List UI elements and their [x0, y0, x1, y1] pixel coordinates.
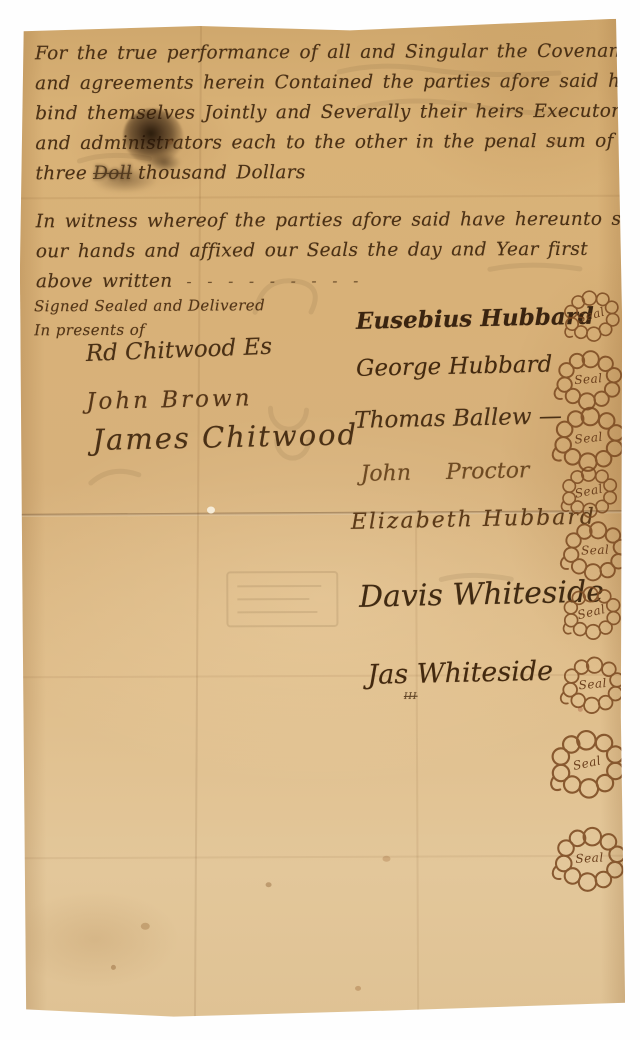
witness-paragraph: In witness whereof the parties afore sai…: [36, 205, 614, 298]
penal-sum-prefix: three: [35, 163, 87, 184]
ink-blot: [147, 153, 181, 173]
body-line-last: above written- - - - - - - - -: [36, 265, 614, 298]
seal-word: Seal: [575, 850, 604, 866]
stain-spot: [382, 856, 390, 862]
seal-word: Seal: [581, 543, 610, 558]
attestation-heading-line1: Signed Sealed and Delivered: [34, 296, 265, 315]
jas-abbreviation-mark: III: [404, 692, 418, 702]
above-written-text: above written: [36, 271, 173, 293]
signatory-signature: Jas Whiteside III: [367, 656, 553, 691]
paper-nick: [207, 506, 215, 513]
signatory-name: Jas Whiteside: [367, 656, 553, 691]
body-line: and agreements herein Contained the part…: [35, 67, 613, 100]
stain-spot: [167, 139, 173, 145]
witness-signature: James Chitwood: [92, 417, 358, 457]
signatory-signature: John Proctor: [360, 458, 529, 487]
document-paper: For the true performance of all and Sing…: [19, 19, 625, 1020]
horizontal-crease: [20, 195, 622, 200]
seal-doodle: Seal: [557, 285, 626, 347]
stain-spot: [141, 923, 150, 930]
stain-spot: [355, 986, 361, 991]
body-line: our hands and affixed our Seals the day …: [36, 235, 614, 268]
scanned-document-page: { "paragraph1": { "lines": [ "For the tr…: [0, 0, 640, 1040]
trailing-dashes: - - - - - - - - -: [186, 272, 362, 291]
signatory-signature: George Hubbard: [356, 352, 553, 382]
seal-doodle: Seal: [543, 724, 625, 804]
seal-doodle: Seal: [556, 515, 625, 586]
seal-doodle: Seal: [551, 463, 625, 521]
stain-spot: [266, 882, 272, 887]
seal-doodle: Seal: [548, 822, 625, 896]
seal-word: Seal: [574, 371, 603, 387]
body-line: In witness whereof the parties afore sai…: [36, 205, 614, 238]
body-line: For the true performance of all and Sing…: [35, 37, 613, 70]
seal-word: Seal: [578, 676, 607, 693]
witness-signature: John Brown: [86, 385, 253, 415]
body-line: bind themselves Jointly and Severally th…: [35, 97, 613, 130]
attestation-heading-line2: In presents of: [34, 321, 145, 339]
stain-spot: [551, 139, 558, 145]
horizontal-crease: [22, 855, 624, 860]
signatory-signature: Thomas Ballew —: [354, 403, 562, 434]
seal-doodle: Seal: [554, 653, 625, 716]
seal-doodle: Seal: [551, 581, 625, 644]
body-line: and administrators each to the other in …: [35, 127, 613, 160]
stain-spot: [578, 707, 583, 712]
stain-spot: [111, 965, 116, 970]
ink-smudge: [91, 167, 157, 193]
